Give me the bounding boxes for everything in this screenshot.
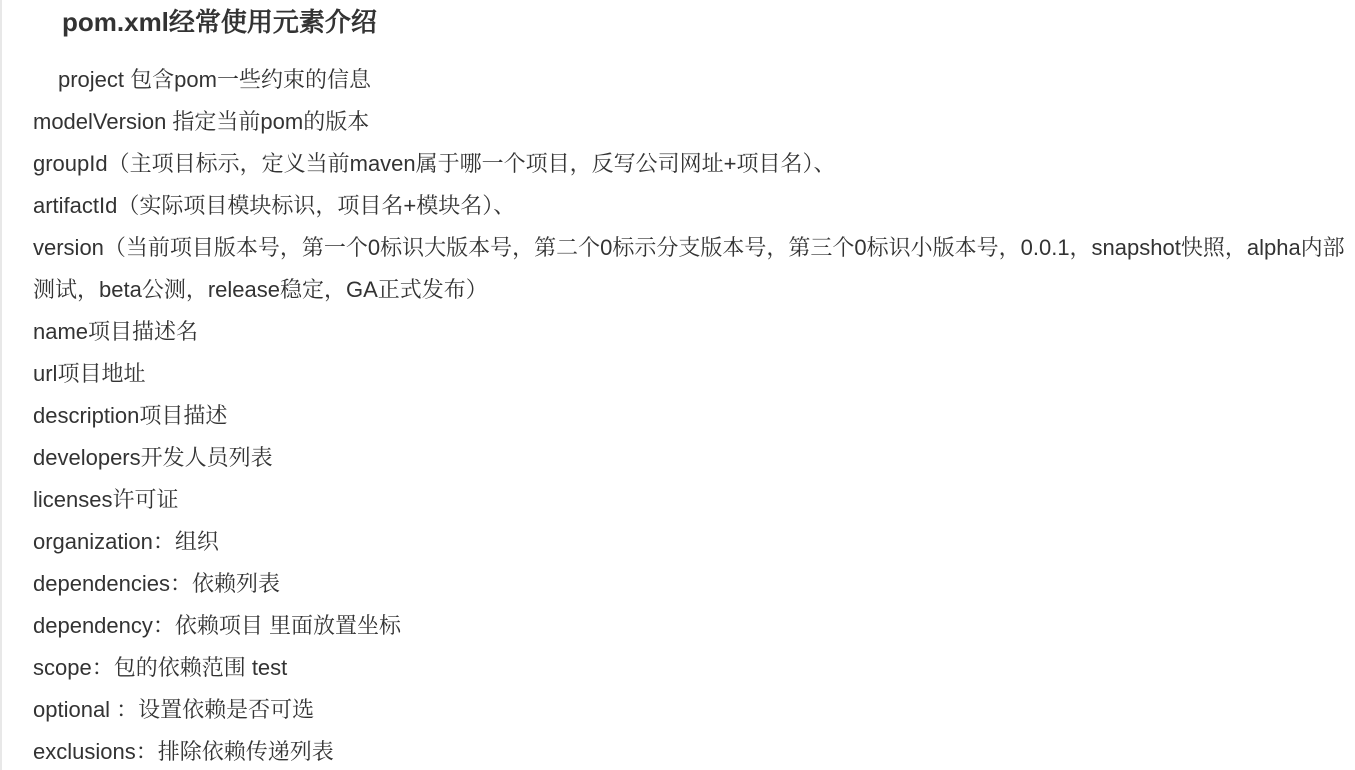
line-exclusions: exclusions：排除依赖传递列表 bbox=[33, 731, 1355, 770]
line-organization: organization：组织 bbox=[33, 521, 1355, 563]
line-dependency: dependency：依赖项目 里面放置坐标 bbox=[33, 605, 1355, 647]
line-dependencies: dependencies：依赖列表 bbox=[33, 563, 1355, 605]
line-artifact-id: artifactId（实际项目模块标识，项目名+模块名）、 bbox=[33, 185, 1355, 227]
line-scope: scope：包的依赖范围 test bbox=[33, 647, 1355, 689]
line-name: name项目描述名 bbox=[33, 311, 1355, 353]
line-project: project 包含pom一些约束的信息 bbox=[33, 59, 1355, 101]
line-developers: developers开发人员列表 bbox=[33, 437, 1355, 479]
line-group-id: groupId（主项目标示，定义当前maven属于哪一个项目，反写公司网址+项目… bbox=[33, 143, 1355, 185]
left-border bbox=[0, 0, 2, 770]
line-licenses: licenses许可证 bbox=[33, 479, 1355, 521]
line-model-version: modelVersion 指定当前pom的版本 bbox=[33, 101, 1355, 143]
line-version: version（当前项目版本号，第一个0标识大版本号，第二个0标示分支版本号，第… bbox=[33, 227, 1353, 311]
element-list: project 包含pom一些约束的信息 modelVersion 指定当前po… bbox=[33, 59, 1355, 770]
line-url: url项目地址 bbox=[33, 353, 1355, 395]
article-title: pom.xml经常使用元素介绍 bbox=[62, 5, 377, 39]
line-optional: optional ：设置依赖是否可选 bbox=[33, 689, 1355, 731]
line-description: description项目描述 bbox=[33, 395, 1355, 437]
